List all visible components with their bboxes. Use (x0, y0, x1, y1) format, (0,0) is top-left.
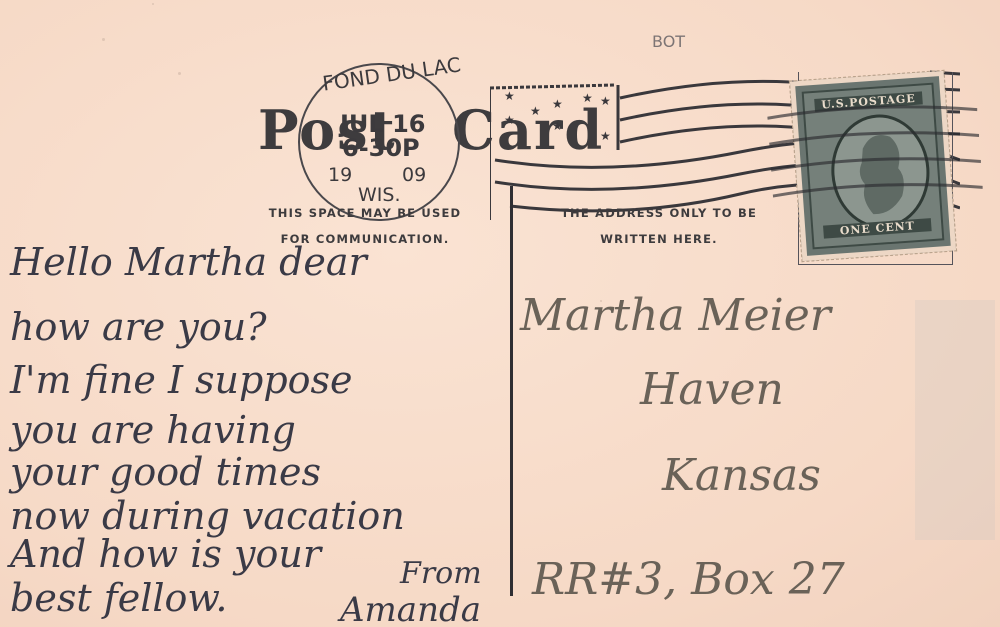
postmark-state: WIS. (358, 184, 401, 206)
svg-text:★: ★ (582, 91, 593, 105)
paper-speckle (178, 72, 181, 75)
message-signature: Amanda (340, 590, 481, 627)
postmark-year-right: 09 (402, 164, 426, 186)
svg-text:★: ★ (600, 94, 611, 108)
message-line-5: your good times (10, 450, 321, 494)
wavy-cancel-lines-icon (766, 84, 985, 238)
svg-text:★: ★ (530, 104, 541, 118)
svg-text:★: ★ (552, 119, 563, 133)
right-caption-line1: THE ADDRESS ONLY TO BE (530, 206, 788, 220)
postmark-year-left: 19 (328, 164, 352, 186)
svg-text:★: ★ (504, 113, 515, 127)
address-route: RR#3, Box 27 (532, 554, 845, 605)
svg-text:★: ★ (600, 129, 611, 143)
right-caption-line2: WRITTEN HERE. (530, 232, 788, 246)
message-line-4: you are having (10, 408, 296, 452)
paper-speckle (102, 38, 105, 41)
address-city: Haven (640, 364, 784, 415)
message-from: From (400, 556, 482, 591)
faded-smudge (915, 300, 995, 540)
message-line-3: I'm fine I suppose (10, 358, 353, 402)
message-line-2: how are you? (10, 305, 267, 349)
address-name: Martha Meier (520, 290, 831, 341)
message-line-7: And how is your (10, 532, 321, 576)
postmark-time: 6-30P (342, 134, 420, 162)
svg-text:★: ★ (552, 97, 563, 111)
message-line-1: Hello Martha dear (10, 240, 367, 284)
pencil-note: BOT (652, 32, 685, 51)
message-line-8: best fellow. (10, 576, 228, 620)
svg-text:★: ★ (504, 89, 515, 103)
postcard-back: Post Card FOND DU LAC JUL 16 6-30P 19 09… (0, 0, 1000, 627)
center-divider (510, 186, 513, 596)
paper-speckle (152, 3, 154, 5)
postage-stamp: U.S.POSTAGE ONE CENT (790, 71, 956, 261)
left-caption-line1: THIS SPACE MAY BE USED (238, 206, 492, 220)
address-state: Kansas (662, 450, 821, 501)
